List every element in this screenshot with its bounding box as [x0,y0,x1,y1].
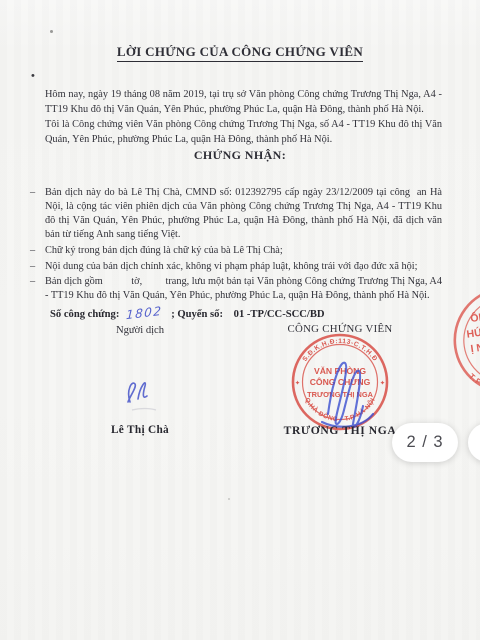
list-dash-marker: – [30,244,45,258]
paper-speck [50,30,53,33]
list-item-text: Chữ ký trong bản dịch đúng là chữ ký của… [45,244,442,258]
seal-star-left: ✦ [295,380,301,387]
svg-text:T.P HÀ: T.P HÀ [466,369,480,397]
list-dash-marker: – [30,186,45,242]
list-item: – Bản dịch gồm tờ, trang, lưu một bản tạ… [30,275,442,303]
edge-stamp-line-3: Ị NGA [470,339,480,355]
intro-paragraph-2: Tôi là Công chứng viên Văn phòng Công ch… [45,117,442,147]
intro-paragraphs: Hôm nay, ngày 19 tháng 08 năm 2019, tại … [45,87,442,147]
translator-role-label: Người dịch [80,325,200,336]
registry-book-label: ; Quyển số: [171,309,223,320]
list-item-text: Bản dịch gồm tờ, trang, lưu một bản tại … [45,275,442,303]
list-dash-marker: – [30,275,45,303]
registry-number-handwritten: 1802 [126,304,163,323]
intro-paragraph-1: Hôm nay, ngày 19 tháng 08 năm 2019, tại … [45,87,442,117]
registry-label: Số công chứng: [50,309,119,320]
translator-signature [116,372,164,422]
document-title: LỜI CHỨNG CỦA CÔNG CHỨNG VIÊN [0,44,480,60]
seal-star-right: ✦ [380,380,386,387]
list-item-text: Bản dịch này do bà Lê Thị Chà, CMND số: … [45,186,442,242]
certification-list: – Bản dịch này do bà Lê Thị Chà, CMND số… [30,186,442,320]
edge-partial-stamp: Đ.C. ÔNG HỨNG Ị NGA T.P HÀ [452,278,480,408]
seal-arc-top-text: S.Đ.K.H.Đ:113-C.T.H.Đ [301,338,378,363]
edge-stamp-arc-bottom: T.P HÀ [466,369,480,397]
edge-stamp-line-2: HỨNG [466,323,480,340]
stray-dot-mark: • [31,70,35,82]
seal-line-2: CÔNG CHỨNG [310,376,371,387]
list-item: – Chữ ký trong bản dịch đúng là chữ ký c… [30,244,442,258]
page-indicator-badge[interactable]: 2 / 3 [392,423,458,462]
list-dash-marker: – [30,260,45,274]
list-item-text: Nội dung của bản dịch chính xác, không v… [45,260,442,274]
list-item: – Bản dịch này do bà Lê Thị Chà, CMND số… [30,186,442,242]
list-item: – Nội dung của bản dịch chính xác, không… [30,260,442,274]
certify-heading: CHỨNG NHẬN: [0,148,480,163]
paper-speck [228,498,230,500]
translator-name: Lê Thị Chà [80,424,200,436]
svg-text:S.Đ.K.H.Đ:113-C.T.H.Đ: S.Đ.K.H.Đ:113-C.T.H.Đ [301,338,378,363]
